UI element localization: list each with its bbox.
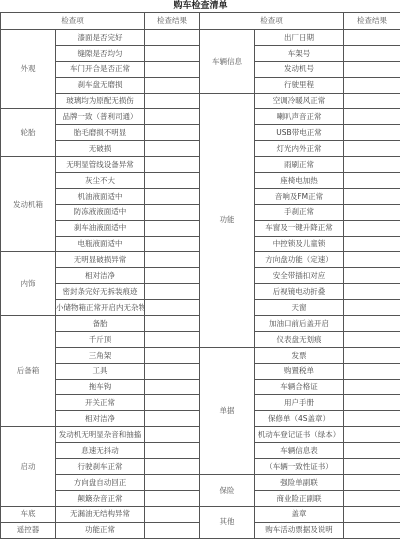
- left-result-cell[interactable]: [145, 61, 200, 77]
- right-result-cell[interactable]: [344, 220, 400, 236]
- right-check-item: 发动机号: [255, 61, 344, 77]
- right-check-item: 天窗: [255, 300, 344, 316]
- left-check-item: 开关正常: [56, 395, 145, 411]
- left-check-item: 无破损: [56, 141, 145, 157]
- left-check-item: 方向盘自动回正: [56, 474, 145, 490]
- left-check-item: 三角架: [56, 347, 145, 363]
- title-row: 购车检查清单: [1, 0, 400, 13]
- right-result-cell[interactable]: [344, 379, 400, 395]
- right-check-item: 用户手册: [255, 395, 344, 411]
- left-category-cell: 发动机箱: [1, 157, 56, 252]
- right-result-cell[interactable]: [344, 522, 400, 538]
- right-result-cell[interactable]: [344, 268, 400, 284]
- right-result-cell[interactable]: [344, 77, 400, 93]
- right-result-cell[interactable]: [344, 395, 400, 411]
- right-result-cell[interactable]: [344, 490, 400, 506]
- right-category-cell: 单据: [200, 347, 255, 474]
- right-check-item: 强险单副联: [255, 474, 344, 490]
- right-result-cell[interactable]: [344, 411, 400, 427]
- header-left-item: 检查项: [1, 13, 145, 30]
- left-result-cell[interactable]: [145, 331, 200, 347]
- left-check-item: 行驶刹车正常: [56, 459, 145, 475]
- right-result-cell[interactable]: [344, 474, 400, 490]
- table-row: 方向盘自动回正保险强险单副联: [1, 474, 400, 490]
- left-result-cell[interactable]: [145, 93, 200, 109]
- left-check-item: 千斤顶: [56, 331, 145, 347]
- right-result-cell[interactable]: [344, 141, 400, 157]
- left-result-cell[interactable]: [145, 125, 200, 141]
- left-result-cell[interactable]: [145, 204, 200, 220]
- right-check-item: 盖章: [255, 506, 344, 522]
- left-check-item: 相对洁净: [56, 268, 145, 284]
- left-result-cell[interactable]: [145, 300, 200, 316]
- right-result-cell[interactable]: [344, 331, 400, 347]
- left-category-cell: 外观: [1, 30, 56, 109]
- left-result-cell[interactable]: [145, 30, 200, 46]
- left-result-cell[interactable]: [145, 252, 200, 268]
- header-right-result: 检查结果: [344, 13, 400, 30]
- left-check-item: 漆面是否完好: [56, 30, 145, 46]
- left-result-cell[interactable]: [145, 268, 200, 284]
- left-result-cell[interactable]: [145, 506, 200, 522]
- table-row: 车底无漏油无结构异常其他盖章: [1, 506, 400, 522]
- right-check-item: （车辆一致性证书）: [255, 459, 344, 475]
- right-check-item: 发票: [255, 347, 344, 363]
- left-result-cell[interactable]: [145, 427, 200, 443]
- right-check-item: 行驶里程: [255, 77, 344, 93]
- right-check-item: 车辆合格证: [255, 379, 344, 395]
- left-check-item: 息速无抖动: [56, 443, 145, 459]
- right-check-item: 手刹正常: [255, 204, 344, 220]
- right-result-cell[interactable]: [344, 204, 400, 220]
- left-check-item: 拖车钩: [56, 379, 145, 395]
- left-check-item: 防冻液液面适中: [56, 204, 145, 220]
- left-category-cell: 内饰: [1, 252, 56, 316]
- header-row: 检查项 检查结果 检查项 检查结果: [1, 13, 400, 30]
- left-check-item: 车门开合是否正常: [56, 61, 145, 77]
- left-result-cell[interactable]: [145, 157, 200, 173]
- right-check-item: 安全带插扣对应: [255, 268, 344, 284]
- right-check-item: 音响及FM正常: [255, 188, 344, 204]
- right-check-item: 出厂日期: [255, 30, 344, 46]
- left-check-item: 无明显破损异常: [56, 252, 145, 268]
- right-result-cell[interactable]: [344, 316, 400, 332]
- right-result-cell[interactable]: [344, 300, 400, 316]
- left-category-cell: 启动: [1, 427, 56, 506]
- right-check-item: 保修单（4S盖章）: [255, 411, 344, 427]
- left-check-item: 机油液面适中: [56, 188, 145, 204]
- left-check-item: 小储物箱正常开启内无杂物: [56, 300, 145, 316]
- left-result-cell[interactable]: [145, 411, 200, 427]
- left-check-item: 颠簸杂音正常: [56, 490, 145, 506]
- left-result-cell[interactable]: [145, 173, 200, 189]
- right-check-item: 喇叭声音正常: [255, 109, 344, 125]
- header-left-result: 检查结果: [145, 13, 200, 30]
- right-check-item: 车架号: [255, 45, 344, 61]
- left-category-cell: 车底: [1, 506, 56, 522]
- left-category-cell: 轮胎: [1, 109, 56, 157]
- left-result-cell[interactable]: [145, 395, 200, 411]
- right-result-cell[interactable]: [344, 252, 400, 268]
- right-result-cell[interactable]: [344, 45, 400, 61]
- left-result-cell[interactable]: [145, 188, 200, 204]
- left-result-cell[interactable]: [145, 220, 200, 236]
- left-result-cell[interactable]: [145, 236, 200, 252]
- table-row: 外观漆面是否完好车辆信息出厂日期: [1, 30, 400, 46]
- left-check-item: 无漏油无结构异常: [56, 506, 145, 522]
- left-result-cell[interactable]: [145, 141, 200, 157]
- left-check-item: 品牌一致（普利司通）: [56, 109, 145, 125]
- right-check-item: 座椅电加热: [255, 173, 344, 189]
- right-check-item: 方向盘功能（定速）: [255, 252, 344, 268]
- left-result-cell[interactable]: [145, 490, 200, 506]
- right-result-cell[interactable]: [344, 506, 400, 522]
- left-result-cell[interactable]: [145, 77, 200, 93]
- left-check-item: 功能正常: [56, 522, 145, 538]
- right-category-cell: 功能: [200, 93, 255, 347]
- right-result-cell[interactable]: [344, 284, 400, 300]
- left-check-item: 电瓶液面适中: [56, 236, 145, 252]
- checklist-table: 购车检查清单 检查项 检查结果 检查项 检查结果 外观漆面是否完好车辆信息出厂日…: [0, 0, 400, 539]
- left-result-cell[interactable]: [145, 474, 200, 490]
- right-result-cell[interactable]: [344, 157, 400, 173]
- left-check-item: 无明显管线设备异常: [56, 157, 145, 173]
- sheet-title: 购车检查清单: [1, 0, 400, 13]
- left-check-item: 胎毛磨损不明显: [56, 125, 145, 141]
- left-result-cell[interactable]: [145, 363, 200, 379]
- left-result-cell[interactable]: [145, 347, 200, 363]
- right-result-cell[interactable]: [344, 125, 400, 141]
- right-result-cell[interactable]: [344, 236, 400, 252]
- header-right-item: 检查项: [200, 13, 344, 30]
- right-check-item: 后视镜电动折叠: [255, 284, 344, 300]
- right-check-item: 中控锁及儿童锁: [255, 236, 344, 252]
- right-result-cell[interactable]: [344, 93, 400, 109]
- left-category-cell: 后备箱: [1, 316, 56, 427]
- table-row: 玻璃均为原配无损伤功能空调冷暖风正常: [1, 93, 400, 109]
- right-check-item: 购置税单: [255, 363, 344, 379]
- right-result-cell[interactable]: [344, 459, 400, 475]
- left-check-item: 缝隙是否均匀: [56, 45, 145, 61]
- left-check-item: 密封条完好无拆装痕迹: [56, 284, 145, 300]
- left-result-cell[interactable]: [145, 109, 200, 125]
- right-result-cell[interactable]: [344, 188, 400, 204]
- right-check-item: 雨刷正常: [255, 157, 344, 173]
- left-check-item: 相对洁净: [56, 411, 145, 427]
- right-check-item: 灯光内外正常: [255, 141, 344, 157]
- left-result-cell[interactable]: [145, 459, 200, 475]
- left-category-cell: 遥控器: [1, 522, 56, 538]
- right-result-cell[interactable]: [344, 173, 400, 189]
- right-check-item: 空调冷暖风正常: [255, 93, 344, 109]
- left-result-cell[interactable]: [145, 522, 200, 538]
- left-check-item: 发动机无明显杂音和抽搐: [56, 427, 145, 443]
- right-category-cell: 车辆信息: [200, 30, 255, 94]
- table-row: 三角架单据发票: [1, 347, 400, 363]
- right-result-cell[interactable]: [344, 109, 400, 125]
- right-result-cell[interactable]: [344, 427, 400, 443]
- right-result-cell[interactable]: [344, 443, 400, 459]
- left-result-cell[interactable]: [145, 284, 200, 300]
- left-check-item: 备胎: [56, 316, 145, 332]
- right-result-cell[interactable]: [344, 30, 400, 46]
- left-result-cell[interactable]: [145, 443, 200, 459]
- right-result-cell[interactable]: [344, 347, 400, 363]
- right-category-cell: 保险: [200, 474, 255, 506]
- left-check-item: 玻璃均为原配无损伤: [56, 93, 145, 109]
- left-check-item: 灰尘不大: [56, 173, 145, 189]
- left-result-cell[interactable]: [145, 45, 200, 61]
- left-check-item: 刹车盘无磨损: [56, 77, 145, 93]
- right-result-cell[interactable]: [344, 61, 400, 77]
- left-check-item: 刹车油液面适中: [56, 220, 145, 236]
- right-check-item: 车辆信息表: [255, 443, 344, 459]
- right-check-item: 机动车登记证书（绿本）: [255, 427, 344, 443]
- right-category-cell: 其他: [200, 506, 255, 538]
- left-result-cell[interactable]: [145, 379, 200, 395]
- right-result-cell[interactable]: [344, 363, 400, 379]
- left-check-item: 工具: [56, 363, 145, 379]
- right-check-item: 购车活动票据及说明: [255, 522, 344, 538]
- left-result-cell[interactable]: [145, 316, 200, 332]
- right-check-item: 仪表盘无划痕: [255, 331, 344, 347]
- right-check-item: 加油口前后盖开启: [255, 316, 344, 332]
- right-check-item: USB带电正常: [255, 125, 344, 141]
- right-check-item: 车窗及一键升降正常: [255, 220, 344, 236]
- right-check-item: 商业险正副联: [255, 490, 344, 506]
- checklist-sheet: 购车检查清单 检查项 检查结果 检查项 检查结果 外观漆面是否完好车辆信息出厂日…: [0, 0, 400, 540]
